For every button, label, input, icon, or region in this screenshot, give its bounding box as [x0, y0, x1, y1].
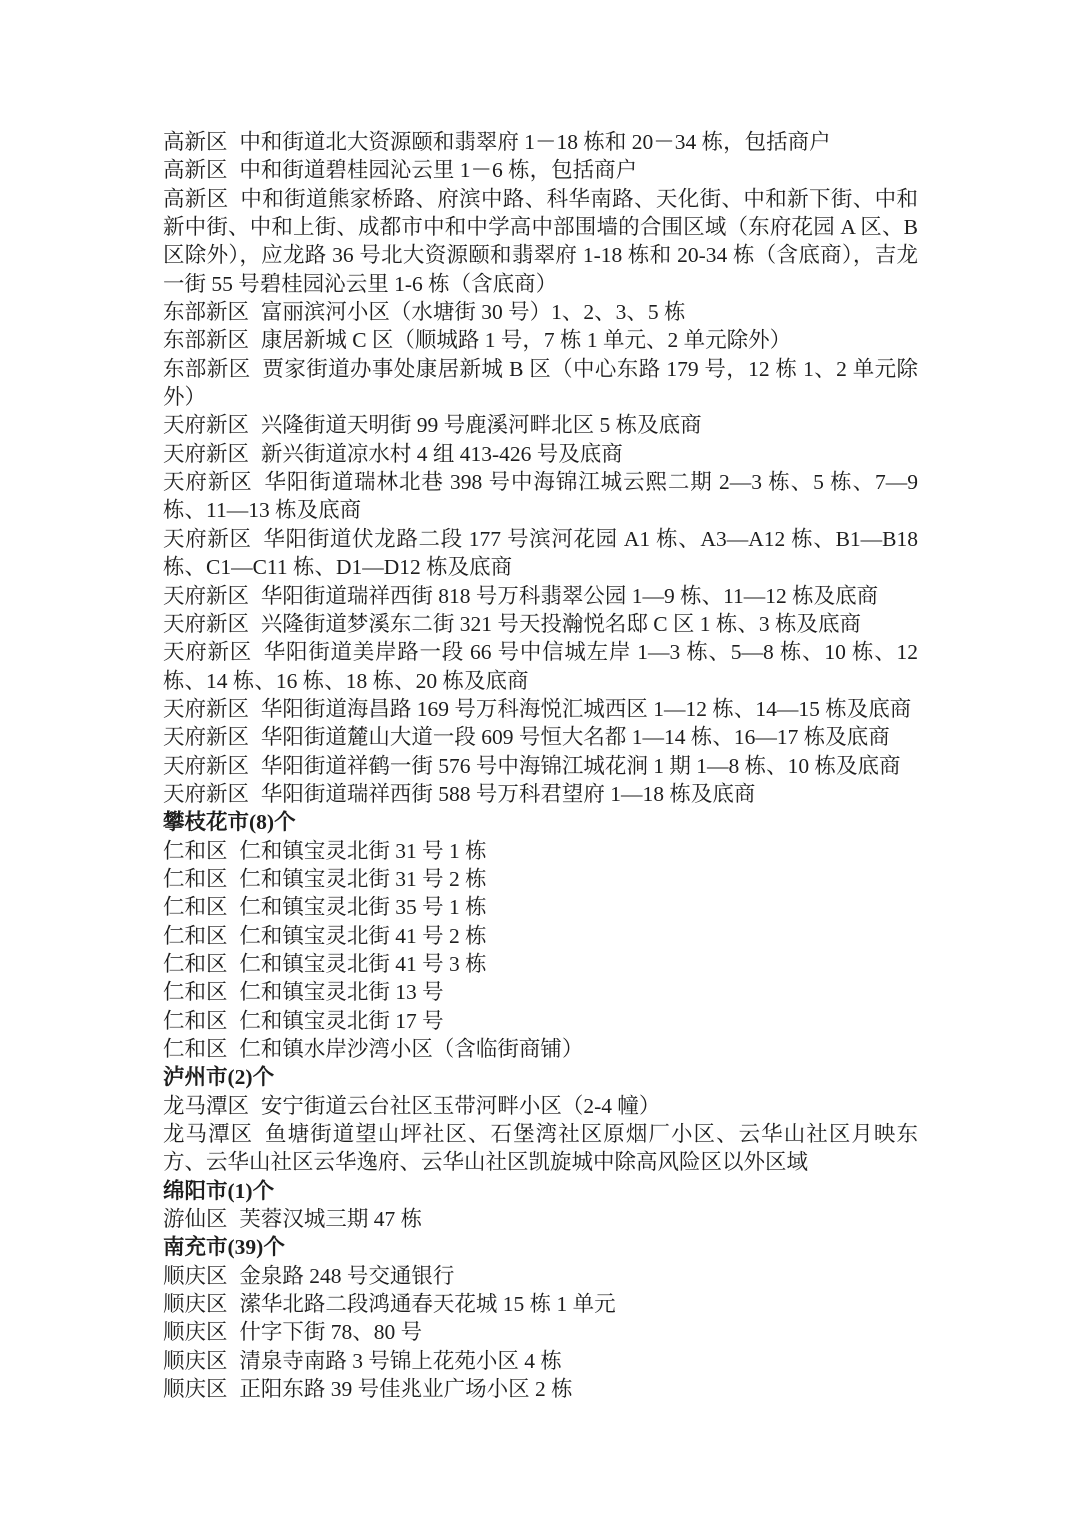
area-description: 金泉路 248 号交通银行	[239, 1264, 454, 1288]
district-label: 仁和区	[163, 867, 228, 891]
area-description: 安宁街道云台社区玉带河畔小区（2-4 幢）	[261, 1094, 661, 1118]
district-label: 天府新区	[163, 782, 249, 806]
risk-area-item: 天府新区兴隆街道梦溪东二街 321 号天投瀚悦名邸 C 区 1 栋、3 栋及底商	[163, 610, 918, 638]
district-label: 天府新区	[163, 697, 249, 721]
area-description: 芙蓉汉城三期 47 栋	[239, 1207, 422, 1231]
risk-area-item: 天府新区华阳街道美岸路一段 66 号中信城左岸 1—3 栋、5—8 栋、10 栋…	[163, 638, 918, 695]
risk-area-item: 仁和区仁和镇水岸沙湾小区（含临街商铺）	[163, 1035, 918, 1063]
area-description: 清泉寺南路 3 号锦上花苑小区 4 栋	[239, 1349, 562, 1373]
document-page: 高新区中和街道北大资源颐和翡翠府 1－18 栋和 20－34 栋，包括商户高新区…	[0, 0, 1080, 1526]
risk-area-item: 顺庆区什字下街 78、80 号	[163, 1318, 918, 1346]
risk-area-item: 高新区中和街道碧桂园沁云里 1－6 栋，包括商户	[163, 156, 918, 184]
district-label: 顺庆区	[163, 1377, 228, 1401]
district-label: 天府新区	[163, 413, 249, 437]
district-label: 天府新区	[163, 640, 252, 664]
risk-area-item: 仁和区仁和镇宝灵北街 41 号 2 栋	[163, 922, 918, 950]
area-description: 华阳街道美岸路一段 66 号中信城左岸 1—3 栋、5—8 栋、10 栋、12 …	[163, 640, 918, 692]
city-section-header: 绵阳市(1)个	[163, 1177, 918, 1205]
risk-area-item: 高新区中和街道熊家桥路、府滨中路、科华南路、天化街、中和新下街、中和新中街、中和…	[163, 185, 918, 298]
district-label: 顺庆区	[163, 1349, 228, 1373]
area-description: 鱼塘街道望山坪社区、石堡湾社区原烟厂小区、云华山社区月映东方、云华山社区云华逸府…	[163, 1122, 918, 1174]
risk-area-item: 游仙区芙蓉汉城三期 47 栋	[163, 1205, 918, 1233]
risk-area-item: 仁和区仁和镇宝灵北街 31 号 1 栋	[163, 837, 918, 865]
area-description: 兴隆街道梦溪东二街 321 号天投瀚悦名邸 C 区 1 栋、3 栋及底商	[261, 612, 861, 636]
district-label: 天府新区	[163, 527, 252, 551]
risk-area-item: 东部新区贾家街道办事处康居新城 B 区（中心东路 179 号，12 栋 1、2 …	[163, 355, 918, 412]
risk-area-item: 仁和区仁和镇宝灵北街 17 号	[163, 1007, 918, 1035]
risk-area-item: 天府新区华阳街道瑞祥西街 588 号万科君望府 1—18 栋及底商	[163, 780, 918, 808]
area-description: 仁和镇宝灵北街 35 号 1 栋	[239, 895, 486, 919]
risk-area-item: 天府新区华阳街道伏龙路二段 177 号滨河花园 A1 栋、A3—A12 栋、B1…	[163, 525, 918, 582]
district-label: 仁和区	[163, 1009, 228, 1033]
district-label: 顺庆区	[163, 1264, 228, 1288]
district-label: 仁和区	[163, 980, 228, 1004]
risk-area-item: 顺庆区金泉路 248 号交通银行	[163, 1262, 918, 1290]
district-label: 东部新区	[163, 300, 249, 324]
district-label: 仁和区	[163, 1037, 228, 1061]
area-description: 华阳街道麓山大道一段 609 号恒大名都 1—14 栋、16—17 栋及底商	[261, 725, 890, 749]
district-label: 仁和区	[163, 924, 228, 948]
area-description: 华阳街道瑞祥西街 588 号万科君望府 1—18 栋及底商	[261, 782, 756, 806]
risk-area-item: 天府新区新兴街道凉水村 4 组 413-426 号及底商	[163, 440, 918, 468]
risk-area-item: 天府新区华阳街道瑞祥西街 818 号万科翡翠公园 1—9 栋、11—12 栋及底…	[163, 582, 918, 610]
district-label: 仁和区	[163, 895, 228, 919]
area-description: 兴隆街道天明街 99 号鹿溪河畔北区 5 栋及底商	[261, 413, 702, 437]
district-label: 游仙区	[163, 1207, 228, 1231]
area-description: 康居新城 C 区（顺城路 1 号，7 栋 1 单元、2 单元除外）	[261, 328, 791, 352]
risk-area-item: 东部新区富丽滨河小区（水塘街 30 号）1、2、3、5 栋	[163, 298, 918, 326]
risk-area-item: 天府新区华阳街道麓山大道一段 609 号恒大名都 1—14 栋、16—17 栋及…	[163, 723, 918, 751]
risk-area-item: 天府新区华阳街道祥鹤一街 576 号中海锦江城花涧 1 期 1—8 栋、10 栋…	[163, 752, 918, 780]
area-description: 潆华北路二段鸿通春天花城 15 栋 1 单元	[239, 1292, 615, 1316]
risk-area-item: 仁和区仁和镇宝灵北街 31 号 2 栋	[163, 865, 918, 893]
area-description: 富丽滨河小区（水塘街 30 号）1、2、3、5 栋	[261, 300, 686, 324]
area-description: 新兴街道凉水村 4 组 413-426 号及底商	[261, 442, 623, 466]
area-description: 什字下街 78、80 号	[239, 1320, 422, 1344]
risk-area-item: 龙马潭区安宁街道云台社区玉带河畔小区（2-4 幢）	[163, 1092, 918, 1120]
district-label: 高新区	[163, 158, 228, 182]
risk-area-item: 仁和区仁和镇宝灵北街 35 号 1 栋	[163, 893, 918, 921]
area-description: 仁和镇宝灵北街 41 号 3 栋	[239, 952, 486, 976]
area-description: 仁和镇宝灵北街 17 号	[239, 1009, 443, 1033]
risk-area-item: 天府新区兴隆街道天明街 99 号鹿溪河畔北区 5 栋及底商	[163, 411, 918, 439]
district-label: 高新区	[163, 130, 228, 154]
district-label: 东部新区	[163, 328, 249, 352]
area-description: 仁和镇水岸沙湾小区（含临街商铺）	[239, 1037, 583, 1061]
risk-area-item: 顺庆区清泉寺南路 3 号锦上花苑小区 4 栋	[163, 1347, 918, 1375]
risk-area-item: 龙马潭区鱼塘街道望山坪社区、石堡湾社区原烟厂小区、云华山社区月映东方、云华山社区…	[163, 1120, 918, 1177]
district-label: 仁和区	[163, 952, 228, 976]
risk-area-item: 顺庆区正阳东路 39 号佳兆业广场小区 2 栋	[163, 1375, 918, 1403]
district-label: 天府新区	[163, 584, 249, 608]
area-description: 华阳街道伏龙路二段 177 号滨河花园 A1 栋、A3—A12 栋、B1—B18…	[163, 527, 918, 579]
risk-area-item: 顺庆区潆华北路二段鸿通春天花城 15 栋 1 单元	[163, 1290, 918, 1318]
district-label: 天府新区	[163, 470, 253, 494]
city-section-header: 攀枝花市(8)个	[163, 808, 918, 836]
area-description: 贾家街道办事处康居新城 B 区（中心东路 179 号，12 栋 1、2 单元除外…	[163, 357, 918, 409]
district-label: 天府新区	[163, 725, 249, 749]
area-description: 仁和镇宝灵北街 31 号 1 栋	[239, 839, 486, 863]
area-description: 中和街道碧桂园沁云里 1－6 栋，包括商户	[239, 158, 637, 182]
risk-area-item: 东部新区康居新城 C 区（顺城路 1 号，7 栋 1 单元、2 单元除外）	[163, 326, 918, 354]
district-label: 顺庆区	[163, 1320, 228, 1344]
district-label: 天府新区	[163, 754, 249, 778]
city-section-header: 泸州市(2)个	[163, 1063, 918, 1091]
risk-area-item: 高新区中和街道北大资源颐和翡翠府 1－18 栋和 20－34 栋，包括商户	[163, 128, 918, 156]
area-description: 仁和镇宝灵北街 41 号 2 栋	[239, 924, 486, 948]
area-description: 中和街道北大资源颐和翡翠府 1－18 栋和 20－34 栋，包括商户	[239, 130, 830, 154]
area-description: 正阳东路 39 号佳兆业广场小区 2 栋	[239, 1377, 572, 1401]
risk-area-item: 天府新区华阳街道瑞林北巷 398 号中海锦江城云熙二期 2—3 栋、5 栋、7—…	[163, 468, 918, 525]
district-label: 仁和区	[163, 839, 228, 863]
district-label: 龙马潭区	[163, 1122, 253, 1146]
district-label: 龙马潭区	[163, 1094, 249, 1118]
risk-area-item: 仁和区仁和镇宝灵北街 13 号	[163, 978, 918, 1006]
risk-area-item: 仁和区仁和镇宝灵北街 41 号 3 栋	[163, 950, 918, 978]
area-description: 中和街道熊家桥路、府滨中路、科华南路、天化街、中和新下街、中和新中街、中和上街、…	[163, 187, 918, 296]
risk-area-item: 天府新区华阳街道海昌路 169 号万科海悦汇城西区 1—12 栋、14—15 栋…	[163, 695, 918, 723]
district-label: 东部新区	[163, 357, 251, 381]
district-label: 高新区	[163, 187, 229, 211]
area-description: 仁和镇宝灵北街 13 号	[239, 980, 443, 1004]
area-description: 华阳街道海昌路 169 号万科海悦汇城西区 1—12 栋、14—15 栋及底商	[261, 697, 911, 721]
document-content: 高新区中和街道北大资源颐和翡翠府 1－18 栋和 20－34 栋，包括商户高新区…	[163, 128, 918, 1403]
area-description: 华阳街道瑞祥西街 818 号万科翡翠公园 1—9 栋、11—12 栋及底商	[261, 584, 878, 608]
city-section-header: 南充市(39)个	[163, 1233, 918, 1261]
area-description: 华阳街道瑞林北巷 398 号中海锦江城云熙二期 2—3 栋、5 栋、7—9 栋、…	[163, 470, 918, 522]
district-label: 顺庆区	[163, 1292, 228, 1316]
district-label: 天府新区	[163, 442, 249, 466]
area-description: 仁和镇宝灵北街 31 号 2 栋	[239, 867, 486, 891]
area-description: 华阳街道祥鹤一街 576 号中海锦江城花涧 1 期 1—8 栋、10 栋及底商	[261, 754, 901, 778]
district-label: 天府新区	[163, 612, 249, 636]
